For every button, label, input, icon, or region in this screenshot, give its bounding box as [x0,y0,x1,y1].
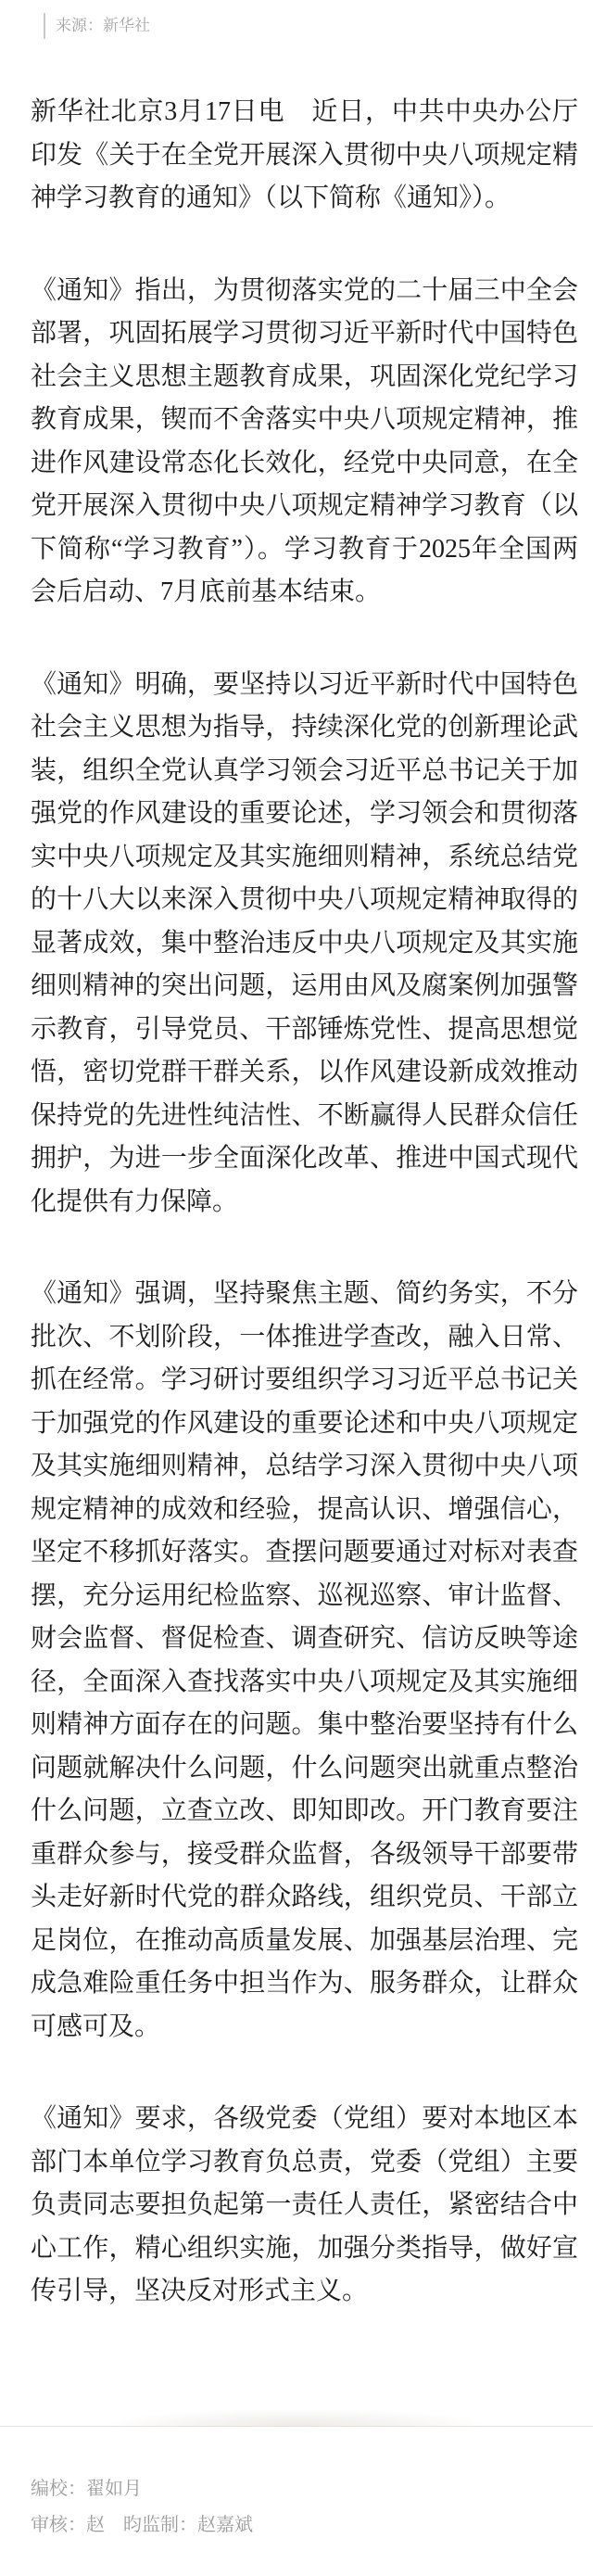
article-paragraph: 《通知》要求，各级党委（党组）要对本地区本部门本单位学习教育负总责，党委（党组）… [31,2098,578,2314]
footer-editor-line: 编校：翟如月 [31,2471,562,2507]
article-paragraph: 《通知》指出，为贯彻落实党的二十届三中全会部署，巩固拓展学习贯彻习近平新时代中国… [31,270,578,615]
article-paragraph: 《通知》强调，坚持聚焦主题、简约务实，不分批次、不划阶段，一体推进学查改，融入日… [31,1273,578,2049]
article-body: 新华社北京3月17日电 近日，中共中央办公厅印发《关于在全党开展深入贯彻中央八项… [0,91,593,2314]
divider [0,2426,593,2427]
article-paragraph: 新华社北京3月17日电 近日，中共中央办公厅印发《关于在全党开展深入贯彻中央八项… [31,91,578,221]
article-paragraph: 《通知》明确，要坚持以习近平新时代中国特色社会主义思想为指导，持续深化党的创新理… [31,664,578,1225]
footer-review-line: 审核：赵 昀监制：赵嘉斌 [31,2507,562,2544]
article-page: 来源：新华社 新华社北京3月17日电 近日，中共中央办公厅印发《关于在全党开展深… [0,0,593,2576]
footer-credits: 编校：翟如月 审核：赵 昀监制：赵嘉斌 [0,2427,593,2544]
source-label: 来源：新华社 [56,17,150,34]
source-line: 来源：新华社 [44,13,562,39]
